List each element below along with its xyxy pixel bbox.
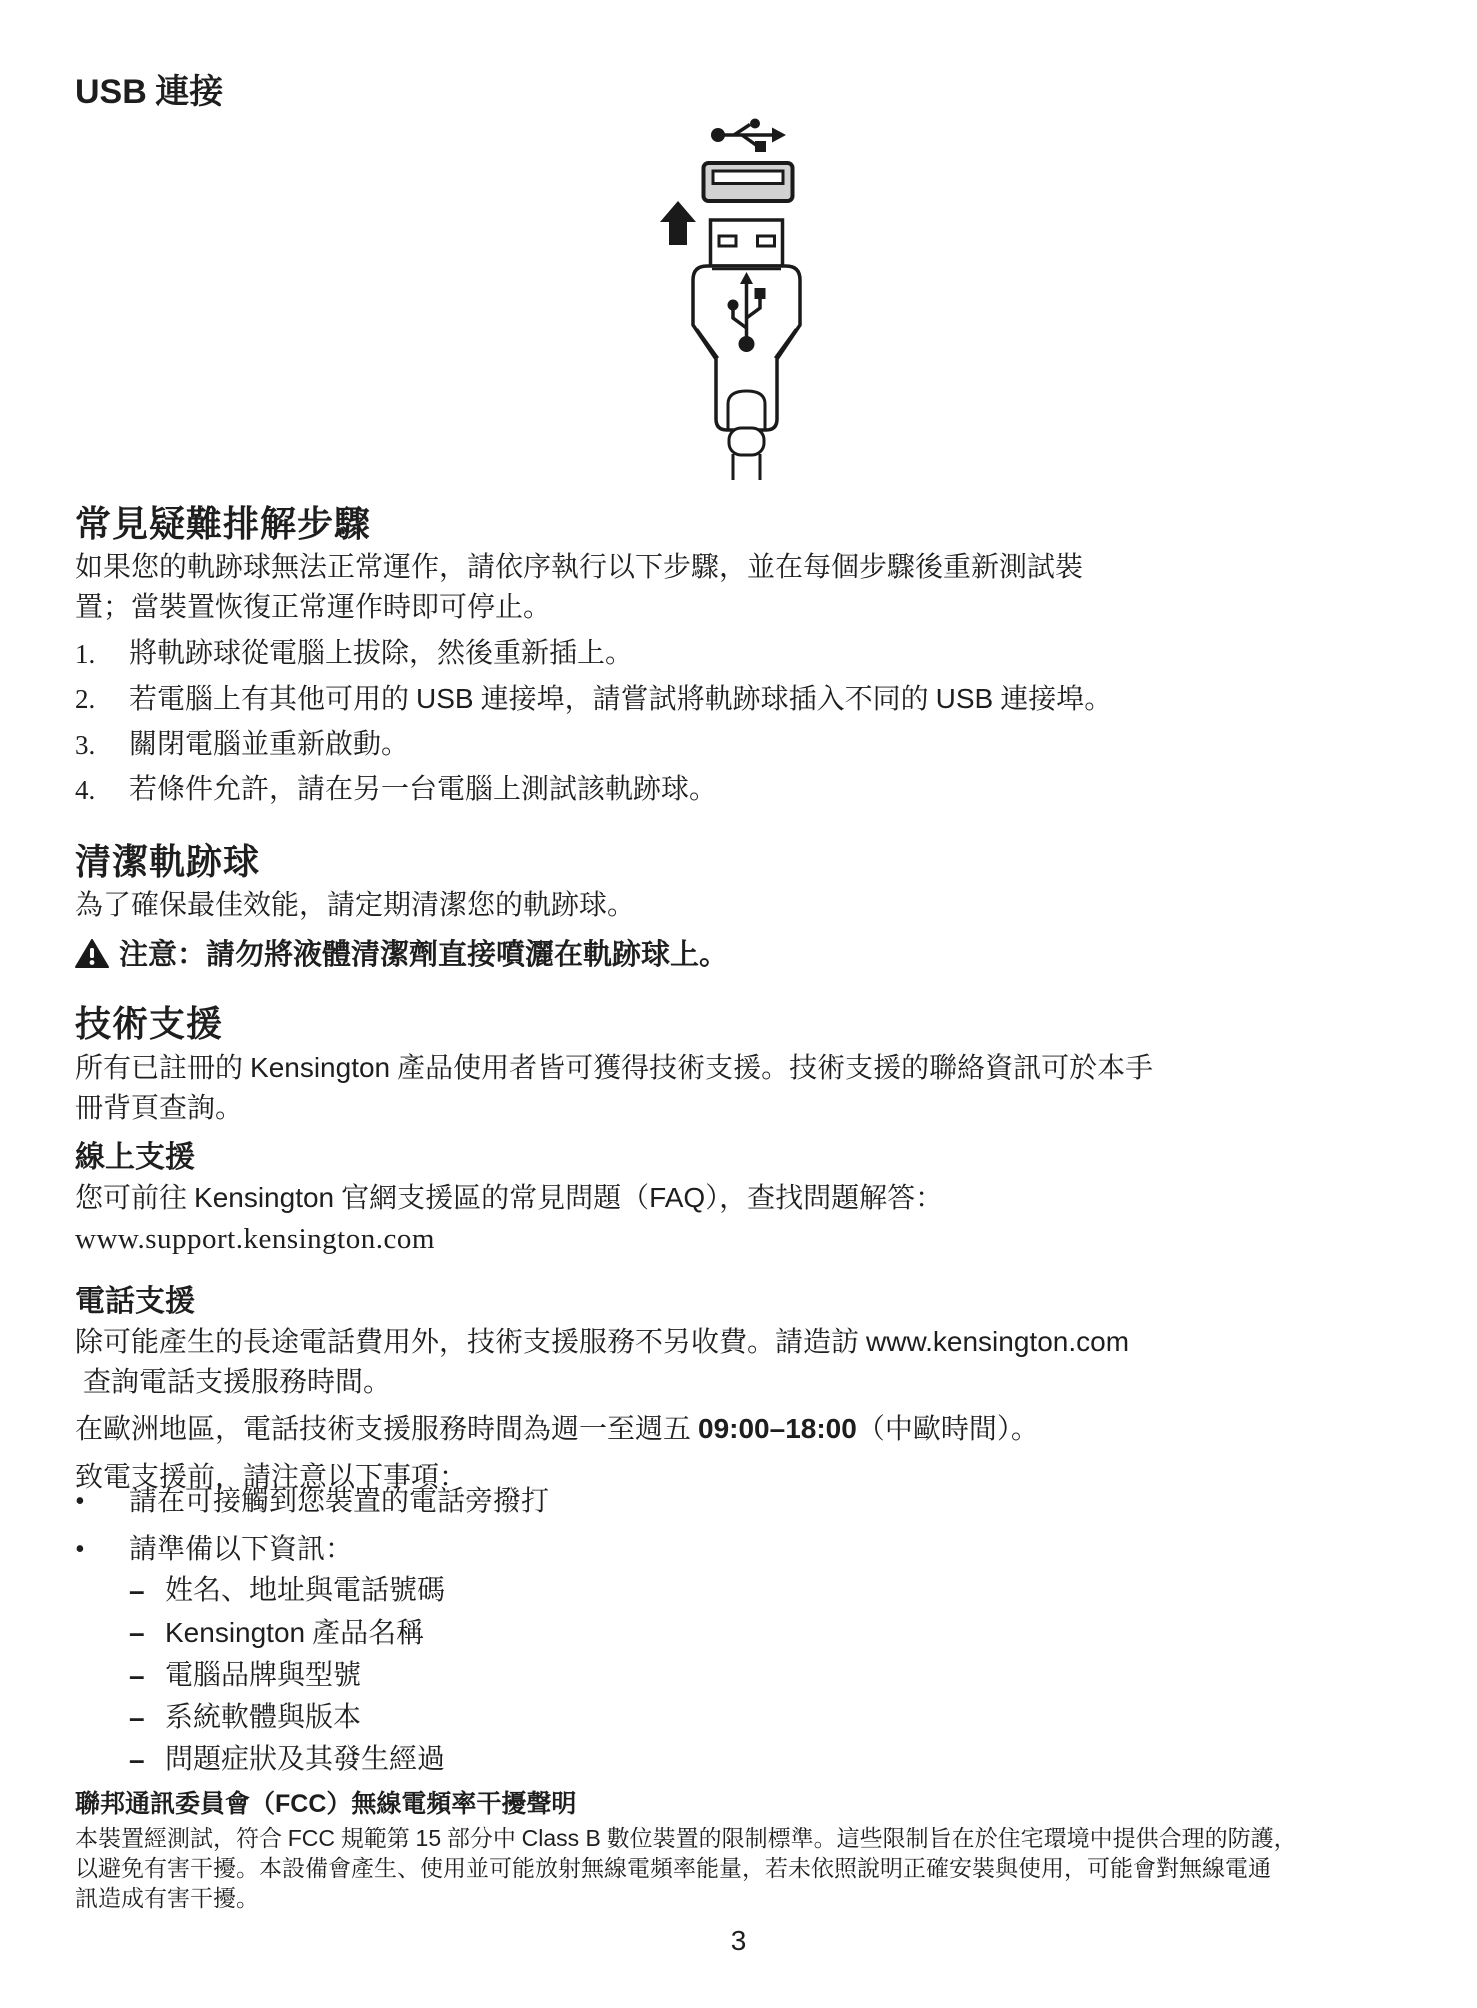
bullet-marker: • [75,1530,129,1570]
phone-support-line3: 在歐洲地區，電話技術支援服務時間為週一至週五 09:00–18:00（中歐時間）… [75,1409,1417,1450]
usb-connection-illustration [655,112,805,482]
cleaning-body: 為了確保最佳效能，請定期清潔您的軌跡球。 [75,886,1417,926]
troubleshooting-steps: 1. 將軌跡球從電腦上拔除，然後重新插上。 2. 若電腦上有其他可用的 USB … [75,634,1417,810]
usb-plug-icon [693,220,800,480]
troubleshooting-heading: 常見疑難排解步驟 [75,500,1417,548]
page-title: USB 連接 [75,70,1417,115]
online-support-line: 您可前往 Kensington 官網支援區的常見問題（FAQ），查找問題解答： [75,1178,1417,1219]
step-number: 2. [75,679,129,720]
warning-text: 注意：請勿將液體清潔劑直接噴灑在軌跡球上。 [119,932,728,978]
page-number: 3 [0,1925,1477,1957]
section-troubleshooting: 常見疑難排解步驟 如果您的軌跡球無法正常運作，請依序執行以下步驟，並在每個步驟後… [75,500,1417,815]
tech-support-line1: 所有已註冊的 Kensington 產品使用者皆可獲得技術支援。技術支援的聯絡資… [75,1048,1417,1089]
section-checklist: • 請在可接觸到您裝置的電話旁撥打 • 請準備以下資訊： – 姓名、地址與電話號… [75,1482,1417,1781]
page-title-zh: 連接 [147,74,224,111]
step-text: 關閉電腦並重新啟動。 [129,725,409,765]
up-arrow-icon [660,201,696,245]
step-4: 4. 若條件允許，請在另一台電腦上測試該軌跡球。 [75,770,1417,810]
cleaning-heading: 清潔軌跡球 [75,838,1417,886]
checklist-bullet-2: • 請準備以下資訊： [75,1530,1417,1570]
step-2: 2. 若電腦上有其他可用的 USB 連接埠，請嘗試將軌跡球插入不同的 USB 連… [75,679,1417,720]
checklist-item-2: – Kensington 產品名稱 [75,1612,1417,1655]
step-3: 3. 關閉電腦並重新啟動。 [75,725,1417,765]
support-url: www.support.kensington.com [75,1219,1417,1259]
checklist-item-5: – 問題症狀及其發生經過 [75,1739,1417,1781]
step-text: 將軌跡球從電腦上拔除，然後重新插上。 [129,634,633,674]
step-number: 4. [75,770,129,810]
section-cleaning: 清潔軌跡球 為了確保最佳效能，請定期清潔您的軌跡球。 注意：請勿將液體清潔劑直接… [75,838,1417,978]
step-text: 若條件允許，請在另一台電腦上測試該軌跡球。 [129,770,717,810]
bullet-marker: • [75,1482,129,1522]
section-online-support: 線上支援 您可前往 Kensington 官網支援區的常見問題（FAQ），查找問… [75,1138,1417,1259]
step-1: 1. 將軌跡球從電腦上拔除，然後重新插上。 [75,634,1417,674]
checklist-bullet-1: • 請在可接觸到您裝置的電話旁撥打 [75,1482,1417,1522]
section-fcc-statement: 聯邦通訊委員會（FCC）無線電頻率干擾聲明 本裝置經測試，符合 FCC 規範第 … [75,1788,1417,1914]
checklist-item-3: – 電腦品牌與型號 [75,1655,1417,1697]
dash-marker: – [129,1612,165,1655]
step-number: 3. [75,725,129,765]
phone-support-line2: 查詢電話支援服務時間。 [75,1363,1417,1403]
tech-support-heading: 技術支援 [75,1000,1417,1048]
checklist-item-4: – 系統軟體與版本 [75,1697,1417,1739]
usb-port-icon [704,163,793,201]
page-title-latin: USB [75,73,147,111]
warning-triangle-icon [75,939,109,969]
online-support-heading: 線上支援 [75,1138,1417,1178]
fcc-line2: 以避免有害干擾。本設備會產生、使用並可能放射無線電頻率能量，若未依照說明正確安裝… [75,1854,1417,1884]
step-number: 1. [75,634,129,674]
troubleshooting-intro-line2: 置；當裝置恢復正常運作時即可停止。 [75,588,1417,628]
dash-marker: – [129,1739,165,1781]
section-tech-support: 技術支援 所有已註冊的 Kensington 產品使用者皆可獲得技術支援。技術支… [75,1000,1417,1129]
checklist-item-1: – 姓名、地址與電話號碼 [75,1570,1417,1612]
usb-trident-icon [711,119,786,153]
dash-marker: – [129,1570,165,1612]
section-phone-support: 電話支援 除可能產生的長途電話費用外，技術支援服務不另收費。請造訪 www.ke… [75,1282,1417,1498]
troubleshooting-intro-line1: 如果您的軌跡球無法正常運作，請依序執行以下步驟，並在每個步驟後重新測試裝 [75,548,1417,588]
dash-marker: – [129,1697,165,1739]
fcc-line1: 本裝置經測試，符合 FCC 規範第 15 部分中 Class B 數位裝置的限制… [75,1823,1417,1854]
cleaning-warning: 注意：請勿將液體清潔劑直接噴灑在軌跡球上。 [75,932,1417,978]
tech-support-line2: 冊背頁查詢。 [75,1089,1417,1129]
fcc-heading: 聯邦通訊委員會（FCC）無線電頻率干擾聲明 [75,1788,1417,1821]
phone-support-heading: 電話支援 [75,1282,1417,1322]
fcc-line3: 訊造成有害干擾。 [75,1884,1417,1914]
dash-marker: – [129,1655,165,1697]
phone-support-line1: 除可能產生的長途電話費用外，技術支援服務不另收費。請造訪 www.kensing… [75,1322,1417,1363]
step-text: 若電腦上有其他可用的 USB 連接埠，請嘗試將軌跡球插入不同的 USB 連接埠。 [129,679,1112,720]
manual-page: USB 連接 [0,0,1477,2008]
